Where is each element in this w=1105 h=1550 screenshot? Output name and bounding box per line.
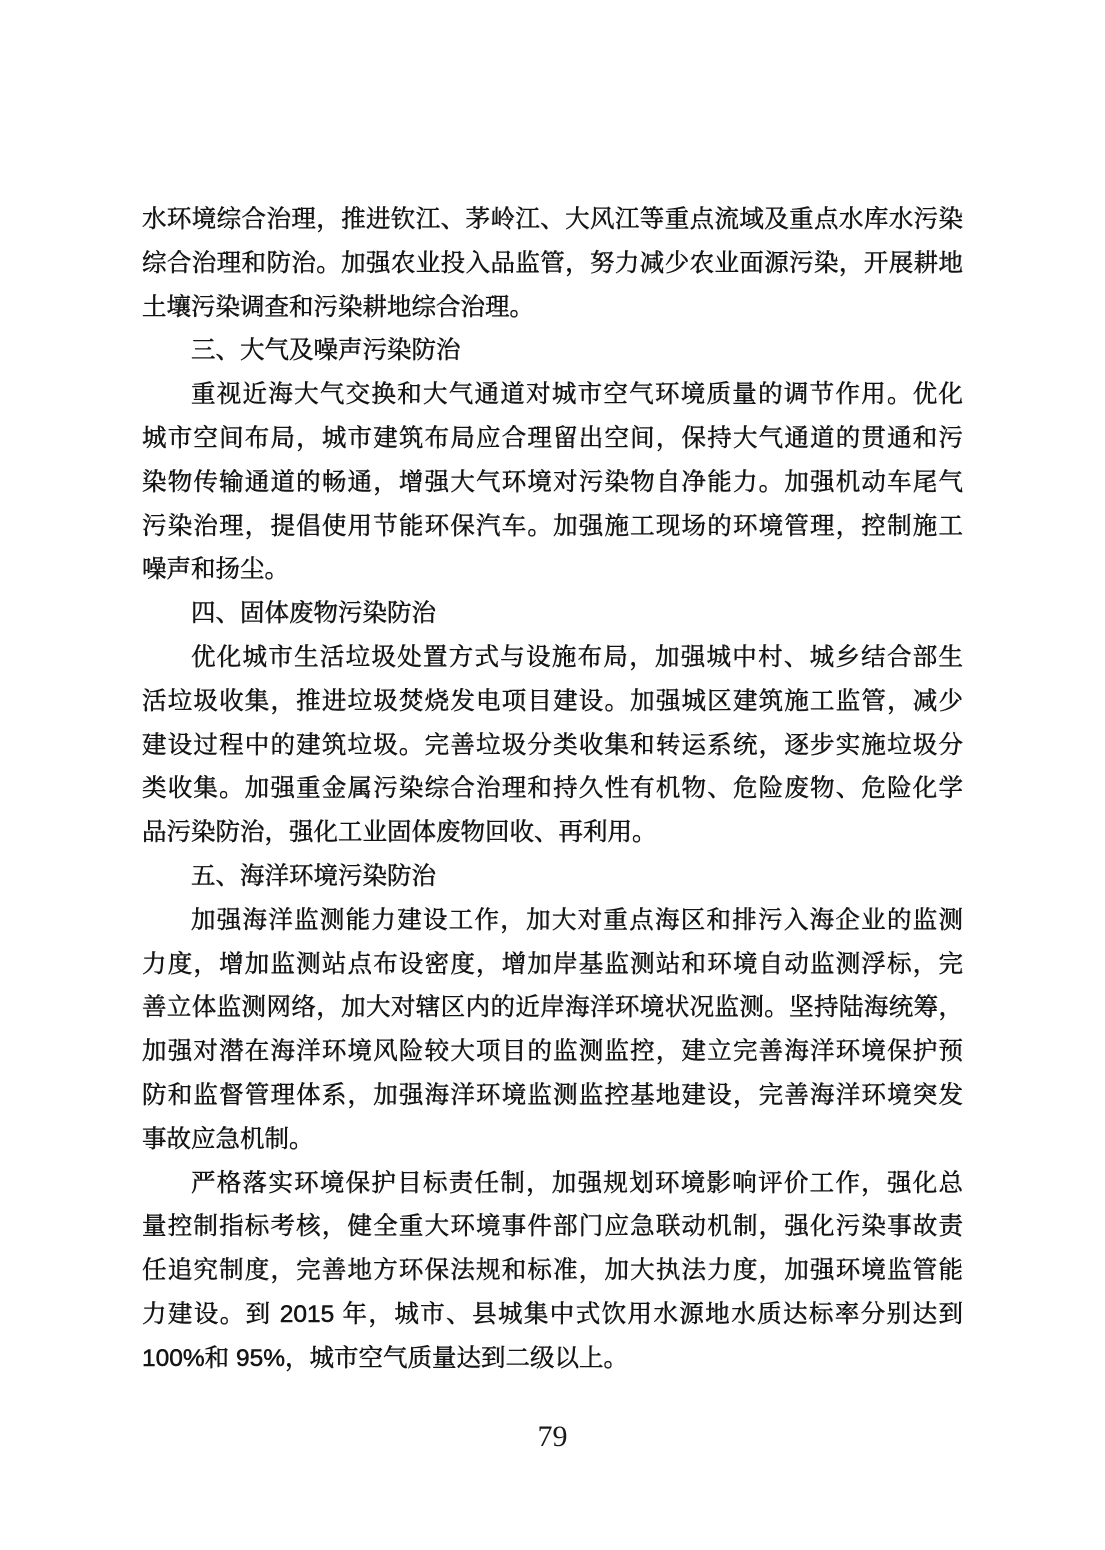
paragraph-responsibility-targets: 严格落实环境保护目标责任制，加强规划环境影响评价工作，强化总 量控制指标考核，健… bbox=[142, 1162, 963, 1381]
paragraph-solid-waste-pollution: 优化城市生活垃圾处置方式与设施布局，加强城中村、城乡结合部生 活垃圾收集，推进垃… bbox=[142, 636, 963, 855]
text-line: 力建设。到 2015 年，城市、县城集中式饮用水源地水质达标率分别达到 bbox=[142, 1293, 963, 1337]
page-footer: 79 bbox=[0, 1420, 1105, 1454]
text-line: 类收集。加强重金属污染综合治理和持久性有机物、危险废物、危险化学 bbox=[142, 767, 963, 811]
text-line: 严格落实环境保护目标责任制，加强规划环境影响评价工作，强化总 bbox=[142, 1162, 963, 1206]
text-line: 善立体监测网络，加大对辖区内的近岸海洋环境状况监测。坚持陆海统筹， bbox=[142, 986, 963, 1030]
document-page: 水环境综合治理，推进钦江、茅岭江、大风江等重点流域及重点水库水污染 综合治理和防… bbox=[0, 0, 1105, 1550]
text-line: 防和监督管理体系，加强海洋环境监测监控基地建设，完善海洋环境突发 bbox=[142, 1074, 963, 1118]
text-line: 加强对潜在海洋环境风险较大项目的监测监控，建立完善海洋环境保护预 bbox=[142, 1030, 963, 1074]
paragraph-water-pollution-continued: 水环境综合治理，推进钦江、茅岭江、大风江等重点流域及重点水库水污染 综合治理和防… bbox=[142, 198, 963, 329]
text-line: 水环境综合治理，推进钦江、茅岭江、大风江等重点流域及重点水库水污染 bbox=[142, 198, 963, 242]
text-line: 品污染防治，强化工业固体废物回收、再利用。 bbox=[142, 811, 963, 855]
text-line: 加强海洋监测能力建设工作，加大对重点海区和排污入海企业的监测 bbox=[142, 899, 963, 943]
text-line: 任追究制度，完善地方环保法规和标准，加大执法力度，加强环境监管能 bbox=[142, 1249, 963, 1293]
heading-marine-pollution: 五、海洋环境污染防治 bbox=[142, 855, 963, 899]
text-line: 土壤污染调查和污染耕地综合治理。 bbox=[142, 286, 963, 330]
text-line: 100%和 95%，城市空气质量达到二级以上。 bbox=[142, 1337, 963, 1381]
text-line: 事故应急机制。 bbox=[142, 1118, 963, 1162]
text-line: 噪声和扬尘。 bbox=[142, 548, 963, 592]
text-line: 量控制指标考核，健全重大环境事件部门应急联动机制，强化污染事故责 bbox=[142, 1205, 963, 1249]
text-line: 力度，增加监测站点布设密度，增加岸基监测站和环境自动监测浮标，完 bbox=[142, 943, 963, 987]
text-line: 污染治理，提倡使用节能环保汽车。加强施工现场的环境管理，控制施工 bbox=[142, 505, 963, 549]
text-line: 活垃圾收集，推进垃圾焚烧发电项目建设。加强城区建筑施工监管，减少 bbox=[142, 680, 963, 724]
text-line: 染物传输通道的畅通，增强大气环境对污染物自净能力。加强机动车尾气 bbox=[142, 461, 963, 505]
paragraph-air-noise-pollution: 重视近海大气交换和大气通道对城市空气环境质量的调节作用。优化 城市空间布局，城市… bbox=[142, 373, 963, 592]
text-line: 城市空间布局，城市建筑布局应合理留出空间，保持大气通道的贯通和污 bbox=[142, 417, 963, 461]
heading-air-noise-pollution: 三、大气及噪声污染防治 bbox=[142, 329, 963, 373]
text-line: 优化城市生活垃圾处置方式与设施布局，加强城中村、城乡结合部生 bbox=[142, 636, 963, 680]
paragraph-marine-pollution: 加强海洋监测能力建设工作，加大对重点海区和排污入海企业的监测 力度，增加监测站点… bbox=[142, 899, 963, 1162]
document-body: 水环境综合治理，推进钦江、茅岭江、大风江等重点流域及重点水库水污染 综合治理和防… bbox=[142, 198, 963, 1381]
text-line: 重视近海大气交换和大气通道对城市空气环境质量的调节作用。优化 bbox=[142, 373, 963, 417]
text-line: 综合治理和防治。加强农业投入品监管，努力减少农业面源污染，开展耕地 bbox=[142, 242, 963, 286]
text-line: 建设过程中的建筑垃圾。完善垃圾分类收集和转运系统，逐步实施垃圾分 bbox=[142, 724, 963, 768]
page-number: 79 bbox=[538, 1420, 568, 1453]
heading-solid-waste-pollution: 四、固体废物污染防治 bbox=[142, 592, 963, 636]
